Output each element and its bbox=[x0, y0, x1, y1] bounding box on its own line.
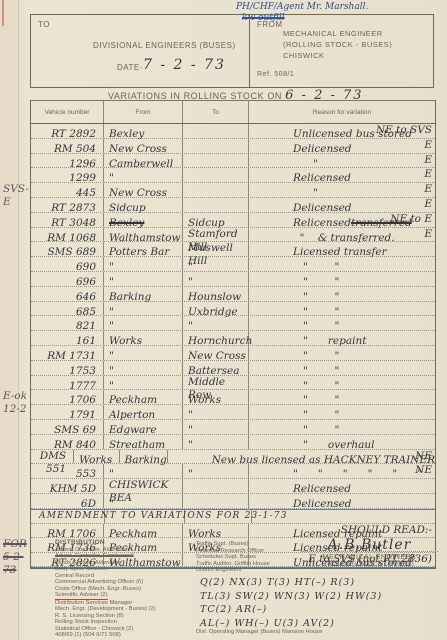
to-label: TO bbox=[38, 20, 50, 29]
table-header-row: Vehicle number From To Reason for variat… bbox=[31, 101, 435, 124]
cell-to: Muswell Hill bbox=[183, 242, 249, 256]
table-row: RT 2892BexleyUnlicensed bus storedNE to … bbox=[31, 124, 435, 139]
cell-reason: RelicensedE bbox=[249, 168, 435, 182]
cell-from: Bexley bbox=[104, 213, 183, 227]
cell-to bbox=[183, 168, 249, 182]
cell-to bbox=[183, 154, 249, 168]
table-row: RM 840Streatham" " overhaul bbox=[31, 435, 435, 450]
variation-code: E bbox=[424, 139, 432, 152]
table-row: RM 1068WalthamstowStamford Hill " & tran… bbox=[31, 228, 435, 243]
variation-code: NE bbox=[415, 464, 432, 477]
cell-reason: " " bbox=[249, 272, 435, 286]
cell-from: CHISWICK BEA bbox=[104, 479, 183, 493]
table-row: 1299"RelicensedE bbox=[31, 168, 435, 183]
table-row: DMS 551WorksBarkingNew bus licensed as H… bbox=[31, 450, 435, 465]
signature-title-1: MECHANICAL ENGINEER bbox=[297, 554, 442, 561]
cell-to: " bbox=[183, 272, 249, 286]
cell-reason: " " bbox=[249, 257, 435, 271]
cell-from: Sidcup bbox=[104, 198, 183, 212]
variations-table: Vehicle number From To Reason for variat… bbox=[30, 100, 436, 569]
cell-to: " bbox=[183, 257, 249, 271]
cell-reason: " " bbox=[249, 405, 435, 419]
cell-vehicle: 690 bbox=[31, 257, 104, 271]
cell-reason: Relicensed transferredNE to E bbox=[249, 213, 435, 227]
table-row: RM 504New CrossDelicensedE bbox=[31, 139, 435, 154]
cell-to: Sidcup bbox=[183, 213, 249, 227]
column-header-reason: Reason for variation bbox=[249, 101, 435, 123]
cell-from: Edgware bbox=[104, 420, 183, 434]
cell-vehicle: RM 1706 bbox=[31, 524, 104, 538]
binding-mark bbox=[2, 0, 4, 26]
allocation-codes-line: TC(2) AR(–) bbox=[200, 603, 382, 617]
column-header-vehicle: Vehicle number bbox=[31, 101, 104, 123]
cell-from: Peckham bbox=[104, 524, 183, 538]
table-row: 696"" " " bbox=[31, 272, 435, 287]
cell-reason: Relicensed bbox=[249, 479, 435, 493]
cell-vehicle: RT 3048 bbox=[31, 213, 104, 227]
table-row: 1791Alperton" " " bbox=[31, 405, 435, 420]
signature-title-2: (ROLLING STOCK - BUSES) bbox=[297, 561, 442, 568]
cell-reason: "E bbox=[249, 183, 435, 197]
cell-reason: DelicensedE bbox=[249, 139, 435, 153]
cell-vehicle: 1777 bbox=[31, 376, 104, 390]
table-row: 646BarkingHounslow " " bbox=[31, 287, 435, 302]
cell-reason: " repaint bbox=[249, 331, 435, 345]
variation-code: E bbox=[424, 154, 432, 167]
cell-from: " bbox=[104, 464, 183, 478]
cell-vehicle: RT 2873 bbox=[31, 198, 104, 212]
cell-from: " bbox=[104, 494, 183, 508]
table-row: 1706PeckhamWorks " "E-ok 12-2 bbox=[31, 390, 435, 405]
date-label: DATE· bbox=[117, 63, 143, 72]
allocation-codes-line: AL(–) WH(–) U(3) AV(2) bbox=[200, 617, 382, 631]
document-page: PH/CHF/Agent Mr. Marshall. kw outfill TO… bbox=[0, 0, 447, 640]
cell-from: Walthamstow bbox=[104, 228, 183, 242]
cell-to bbox=[183, 479, 249, 493]
cell-to bbox=[183, 124, 249, 138]
garage-allocation-codes: Q(2) NX(3) T(3) HT(–) R(3)TL(3) SW(2) WN… bbox=[200, 576, 382, 630]
cell-reason: " " bbox=[249, 420, 435, 434]
cell-reason: " " bbox=[249, 361, 435, 375]
cell-reason: " " bbox=[249, 287, 435, 301]
note-line1: PH/CHF/Agent Mr. Marshall. bbox=[236, 2, 368, 12]
cell-from: Works bbox=[104, 331, 183, 345]
cell-to: " bbox=[183, 435, 249, 449]
cell-from: Barking bbox=[104, 287, 183, 301]
cell-from: " bbox=[104, 376, 183, 390]
variation-code: SHOULD READ:- bbox=[341, 524, 432, 537]
cell-to: Uxbridge bbox=[183, 302, 249, 316]
signature-block: A.B.Butler MECHANICAL ENGINEER (ROLLING … bbox=[297, 537, 442, 568]
table-row: 821"" " " bbox=[31, 316, 435, 331]
cell-vehicle: 646 bbox=[31, 287, 104, 301]
cell-reason: "E bbox=[249, 154, 435, 168]
date-value-handwritten: 7 - 2 - 73 bbox=[143, 57, 226, 73]
table-row: 161WorksHornchurch " repaint bbox=[31, 331, 435, 346]
cell-vehicle: 1753 bbox=[31, 361, 104, 375]
cell-from: Bexley bbox=[104, 124, 183, 138]
cell-to: " bbox=[183, 464, 249, 478]
cell-vehicle: SMS 69 bbox=[31, 420, 104, 434]
cell-to: Middle Row bbox=[183, 376, 249, 390]
cell-vehicle: 445 bbox=[31, 183, 104, 197]
table-row: 6D"Delicensed bbox=[31, 494, 435, 509]
cell-to: Hornchurch bbox=[183, 331, 249, 345]
cell-from: " bbox=[104, 272, 183, 286]
cell-to: Hounslow bbox=[183, 287, 249, 301]
cell-vehicle: 161 bbox=[31, 331, 104, 345]
cell-vehicle: DMS 551 bbox=[31, 450, 74, 464]
cell-vehicle: RM 504 bbox=[31, 139, 104, 153]
cell-from: " bbox=[104, 257, 183, 271]
from-line-1: MECHANICAL ENGINEER bbox=[283, 29, 383, 38]
cell-from: Potters Bar bbox=[104, 242, 183, 256]
cell-reason: DelicensedE bbox=[249, 198, 435, 212]
table-row: 445New Cross "ESVS-E bbox=[31, 183, 435, 198]
cell-reason: " " bbox=[249, 302, 435, 316]
allocation-codes-line: Q(2) NX(3) T(3) HT(–) R(3) bbox=[200, 576, 382, 590]
cell-reason: Licensed transfer bbox=[249, 242, 435, 256]
allocation-codes-line: TL(3) SW(2) WN(3) W(2) HW(3) bbox=[200, 590, 382, 604]
table-row: 1777"Middle Row " " bbox=[31, 376, 435, 391]
cell-vehicle: 685 bbox=[31, 302, 104, 316]
cell-from: Peckham bbox=[104, 390, 183, 404]
cell-from: " bbox=[104, 168, 183, 182]
table-row: 1753"Battersea " " bbox=[31, 361, 435, 376]
divl-operating-manager-line: Divl. Operating Manager (Buses) Mansion … bbox=[196, 629, 322, 635]
cell-to: New Cross bbox=[183, 346, 249, 360]
cell-from: New Cross bbox=[104, 139, 183, 153]
distribution-list: DISTRIBUTION Advert. Controller, Aldenha… bbox=[55, 540, 197, 639]
variation-code: NE to E bbox=[390, 213, 432, 226]
cell-vehicle: 1299 bbox=[31, 168, 104, 182]
table-row: SMS 689Potters BarMuswell HillLicensed t… bbox=[31, 242, 435, 257]
cell-to: " bbox=[183, 316, 249, 330]
table-row: RM 1731"New Cross " " bbox=[31, 346, 435, 361]
cell-to: " bbox=[183, 405, 249, 419]
cell-to: Works bbox=[183, 524, 249, 538]
from-line-3: CHISWICK bbox=[283, 51, 325, 60]
margin-note: E-ok 12-2 bbox=[3, 390, 29, 416]
cell-reason: Unlicensed bus storedNE to SVS bbox=[249, 124, 435, 138]
cell-vehicle: RM 1068 bbox=[31, 228, 104, 242]
cell-to: Works bbox=[183, 390, 249, 404]
margin-note: FOR 5-2-73 bbox=[3, 538, 29, 577]
cell-from: Works bbox=[74, 450, 119, 464]
cell-vehicle: RM 840 bbox=[31, 435, 104, 449]
cell-reason: " " bbox=[249, 346, 435, 360]
from-label: FROM bbox=[257, 20, 283, 29]
table-row: 685"Uxbridge " " bbox=[31, 302, 435, 317]
to-value: DIVISIONAL ENGINEERS (BUSES) bbox=[93, 41, 236, 50]
cell-from: New Cross bbox=[104, 183, 183, 197]
variation-code: E bbox=[424, 168, 432, 181]
table-row: 690"" " " bbox=[31, 257, 435, 272]
cell-from: " bbox=[104, 302, 183, 316]
cell-reason: " & transferred.E bbox=[249, 228, 435, 242]
column-header-from: From bbox=[104, 101, 183, 123]
cell-vehicle: 1706 bbox=[31, 390, 104, 404]
table-row: SMS 69Edgware" " " bbox=[31, 420, 435, 435]
cell-to: Battersea bbox=[183, 361, 249, 375]
cell-reason: Delicensed bbox=[249, 494, 435, 508]
distribution-items: Advert. Controller, AldenhamAdvert. Cont… bbox=[55, 547, 197, 639]
cell-vehicle: 696 bbox=[31, 272, 104, 286]
cell-to bbox=[183, 198, 249, 212]
table-row: RT 3048BexleySidcupRelicensed transferre… bbox=[31, 213, 435, 228]
variation-code: E bbox=[424, 228, 432, 241]
ref-number: Ref. 508/1 bbox=[257, 71, 294, 78]
cell-from: " bbox=[104, 346, 183, 360]
table-row: 553""" " " " " "NE bbox=[31, 464, 435, 479]
distribution-item: Scientific Adviser (2) bbox=[55, 592, 197, 600]
cell-vehicle: 6D bbox=[31, 494, 104, 508]
cell-vehicle: RT 2892 bbox=[31, 124, 104, 138]
cell-vehicle: SMS 689 bbox=[31, 242, 104, 256]
cell-reason: " overhaul bbox=[249, 435, 435, 449]
header-box: TO DIVISIONAL ENGINEERS (BUSES) DATE· 7 … bbox=[30, 14, 434, 88]
cell-reason: " " bbox=[249, 390, 435, 404]
table-row: KHM 5DCHISWICK BEARelicensed bbox=[31, 479, 435, 494]
cell-vehicle: 1296 bbox=[31, 154, 104, 168]
cell-to: Barking bbox=[120, 450, 168, 464]
cell-from: " bbox=[104, 316, 183, 330]
cell-vehicle: 1791 bbox=[31, 405, 104, 419]
distribution-item: 408/69 (1) (504 6/71 508) bbox=[55, 632, 197, 639]
column-header-to: To bbox=[183, 101, 249, 123]
variation-code: E bbox=[424, 183, 432, 196]
variation-code: E bbox=[424, 198, 432, 211]
cell-to: " bbox=[183, 420, 249, 434]
cell-to bbox=[183, 139, 249, 153]
header-from-cell: FROM MECHANICAL ENGINEER (ROLLING STOCK … bbox=[250, 15, 433, 87]
cell-vehicle: 553 bbox=[31, 464, 104, 478]
cell-reason: " " bbox=[249, 376, 435, 390]
from-line-2: (ROLLING STOCK - BUSES) bbox=[283, 40, 392, 49]
cell-vehicle: KHM 5D bbox=[31, 479, 104, 493]
table-body: RT 2892BexleyUnlicensed bus storedNE to … bbox=[31, 124, 435, 509]
variation-code: NE to SVS bbox=[376, 124, 432, 137]
cell-from: Camberwell bbox=[104, 154, 183, 168]
amendment-header-row: AMENDMENT TO VARIATIONS FOR 23-1-73 bbox=[31, 509, 435, 524]
table-row: RT 2873SidcupDelicensedE bbox=[31, 198, 435, 213]
cell-from: Alperton bbox=[104, 405, 183, 419]
cell-from: " bbox=[104, 361, 183, 375]
cell-to bbox=[183, 494, 249, 508]
cell-reason: " " " " " "NE bbox=[249, 464, 435, 478]
cell-to: Stamford Hill bbox=[183, 228, 249, 242]
cell-vehicle: RM 1731 bbox=[31, 346, 104, 360]
amendment-header-text: AMENDMENT TO VARIATIONS FOR 23-1-73 bbox=[39, 510, 288, 523]
margin-note: SVS-E bbox=[3, 183, 29, 209]
header-to-cell: TO DIVISIONAL ENGINEERS (BUSES) DATE· 7 … bbox=[31, 15, 250, 87]
cell-from: Streatham bbox=[104, 435, 183, 449]
cell-reason: Licensed repaintSHOULD READ:- bbox=[249, 524, 435, 538]
variation-code: NE bbox=[415, 450, 432, 463]
cell-reason: New bus licensed as HACKNEY TRAINERNE bbox=[168, 450, 435, 464]
cell-reason: " " bbox=[249, 316, 435, 330]
cell-vehicle: 821 bbox=[31, 316, 104, 330]
cell-to bbox=[183, 183, 249, 197]
table-row: 1296Camberwell "E bbox=[31, 154, 435, 169]
